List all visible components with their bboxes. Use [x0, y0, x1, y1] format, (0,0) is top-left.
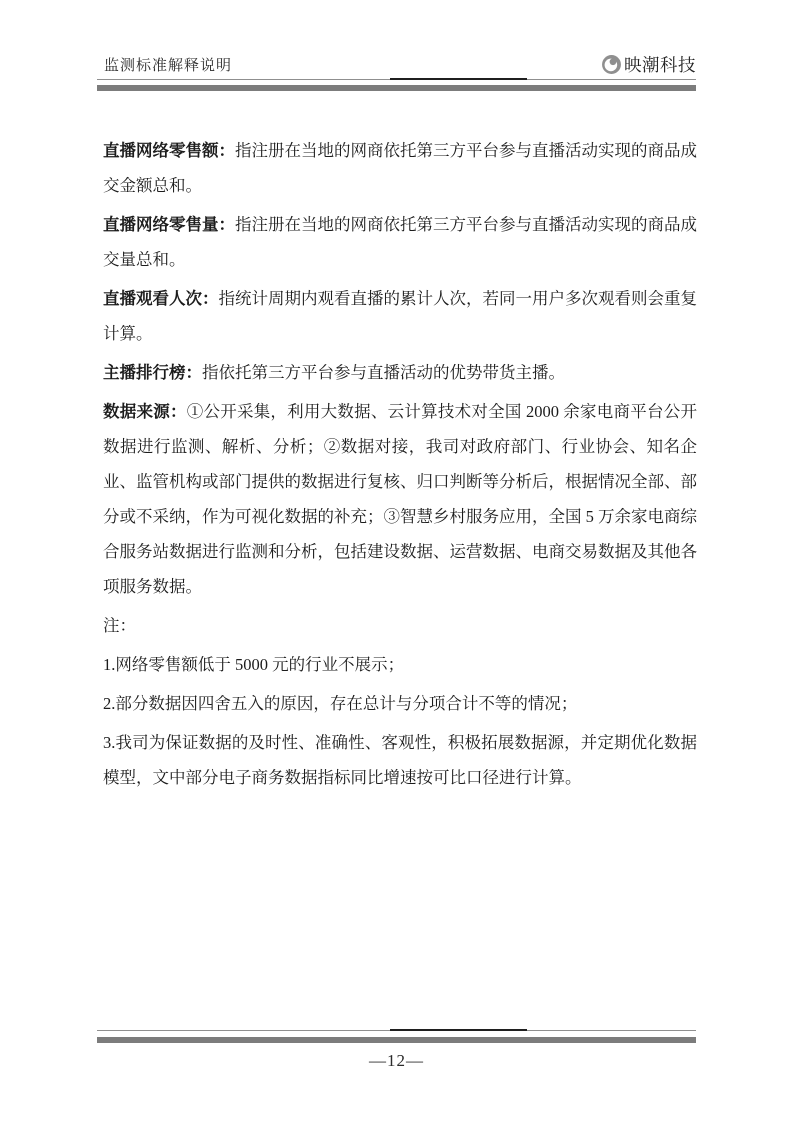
paragraph-anchor-ranking: 主播排行榜：指依托第三方平台参与直播活动的优势带货主播。 — [103, 355, 697, 390]
paragraph-live-retail-sales: 直播网络零售额：指注册在当地的网商依托第三方平台参与直播活动实现的商品成交金额总… — [103, 133, 697, 203]
swirl-logo-icon — [601, 54, 622, 75]
notes-label: 注： — [103, 608, 697, 643]
note-line-1: 1.网络零售额低于 5000 元的行业不展示； — [103, 647, 697, 682]
paragraph-live-viewers: 直播观看人次：指统计周期内观看直播的累计人次，若同一用户多次观看则会重复计算。 — [103, 281, 697, 351]
term-label: 直播网络零售量： — [103, 215, 235, 234]
term-label: 直播网络零售额： — [103, 141, 235, 160]
header-rule-thick — [97, 85, 696, 91]
logo-text: 映潮科技 — [624, 52, 696, 77]
term-label: 直播观看人次： — [103, 289, 219, 308]
term-label: 数据来源： — [103, 402, 187, 421]
paragraph-text: 指依托第三方平台参与直播活动的优势带货主播。 — [202, 363, 565, 382]
header-rule-dark-segment — [390, 78, 527, 80]
paragraph-data-sources: 数据来源：①公开采集，利用大数据、云计算技术对全国 2000 余家电商平台公开数… — [103, 394, 697, 604]
document-page: 监测标准解释说明 映潮科技 直播网络零售额：指注册在当地的网商依托第三方平台参与… — [0, 0, 793, 1122]
note-line-2: 2.部分数据因四舍五入的原因，存在总计与分项合计不等的情况； — [103, 686, 697, 721]
header-title: 监测标准解释说明 — [104, 54, 232, 75]
footer-rule-dark-segment — [390, 1029, 527, 1031]
company-logo: 映潮科技 — [601, 52, 696, 77]
paragraph-live-retail-volume: 直播网络零售量：指注册在当地的网商依托第三方平台参与直播活动实现的商品成交量总和… — [103, 207, 697, 277]
note-line-3: 3.我司为保证数据的及时性、准确性、客观性，积极拓展数据源，并定期优化数据模型，… — [103, 725, 697, 795]
term-label: 主播排行榜： — [103, 363, 202, 382]
footer-rule-thick — [97, 1037, 696, 1043]
page-number: —12— — [0, 1051, 793, 1071]
document-body: 直播网络零售额：指注册在当地的网商依托第三方平台参与直播活动实现的商品成交金额总… — [103, 133, 697, 799]
paragraph-text: ①公开采集，利用大数据、云计算技术对全国 2000 余家电商平台公开数据进行监测… — [103, 402, 697, 596]
